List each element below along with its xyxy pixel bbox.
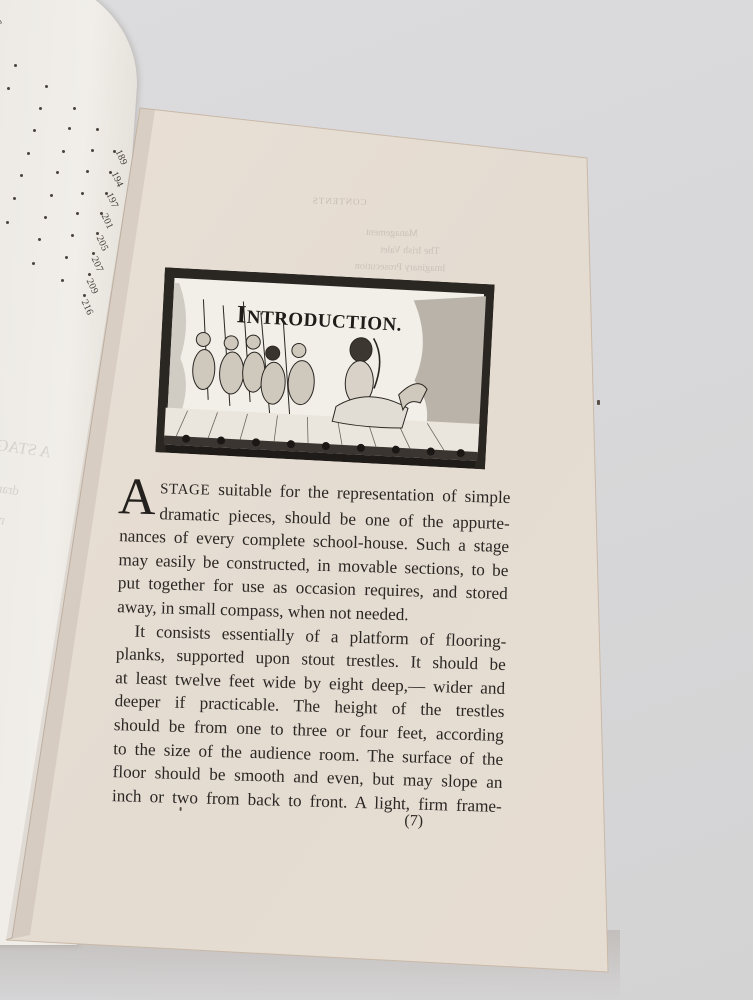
paragraph-2: It consists essentially of a platform of…: [112, 619, 507, 819]
show-through-line: The Irish Valet: [380, 244, 440, 257]
paper-speck: [180, 807, 182, 811]
paper-speck: [597, 400, 600, 405]
show-through-line: Imaginary Prosecution: [355, 261, 446, 275]
paragraph-1: A STAGE suitable for the representation …: [117, 475, 511, 629]
body-text: A STAGE suitable for the representation …: [112, 475, 511, 818]
book-page: CONTENTS Management The Irish Valet Imag…: [0, 0, 753, 1000]
smallcaps-word: STAGE: [160, 481, 211, 498]
page-number: (7): [404, 812, 423, 831]
show-through-line: Management: [366, 227, 418, 239]
stage-illustration: [155, 267, 494, 469]
show-through-heading: CONTENTS: [312, 195, 367, 207]
page-content: CONTENTS Management The Irish Valet Imag…: [96, 150, 588, 943]
introduction-woodcut: INTRODUCTION.: [155, 267, 494, 469]
drop-cap: A: [118, 477, 157, 518]
